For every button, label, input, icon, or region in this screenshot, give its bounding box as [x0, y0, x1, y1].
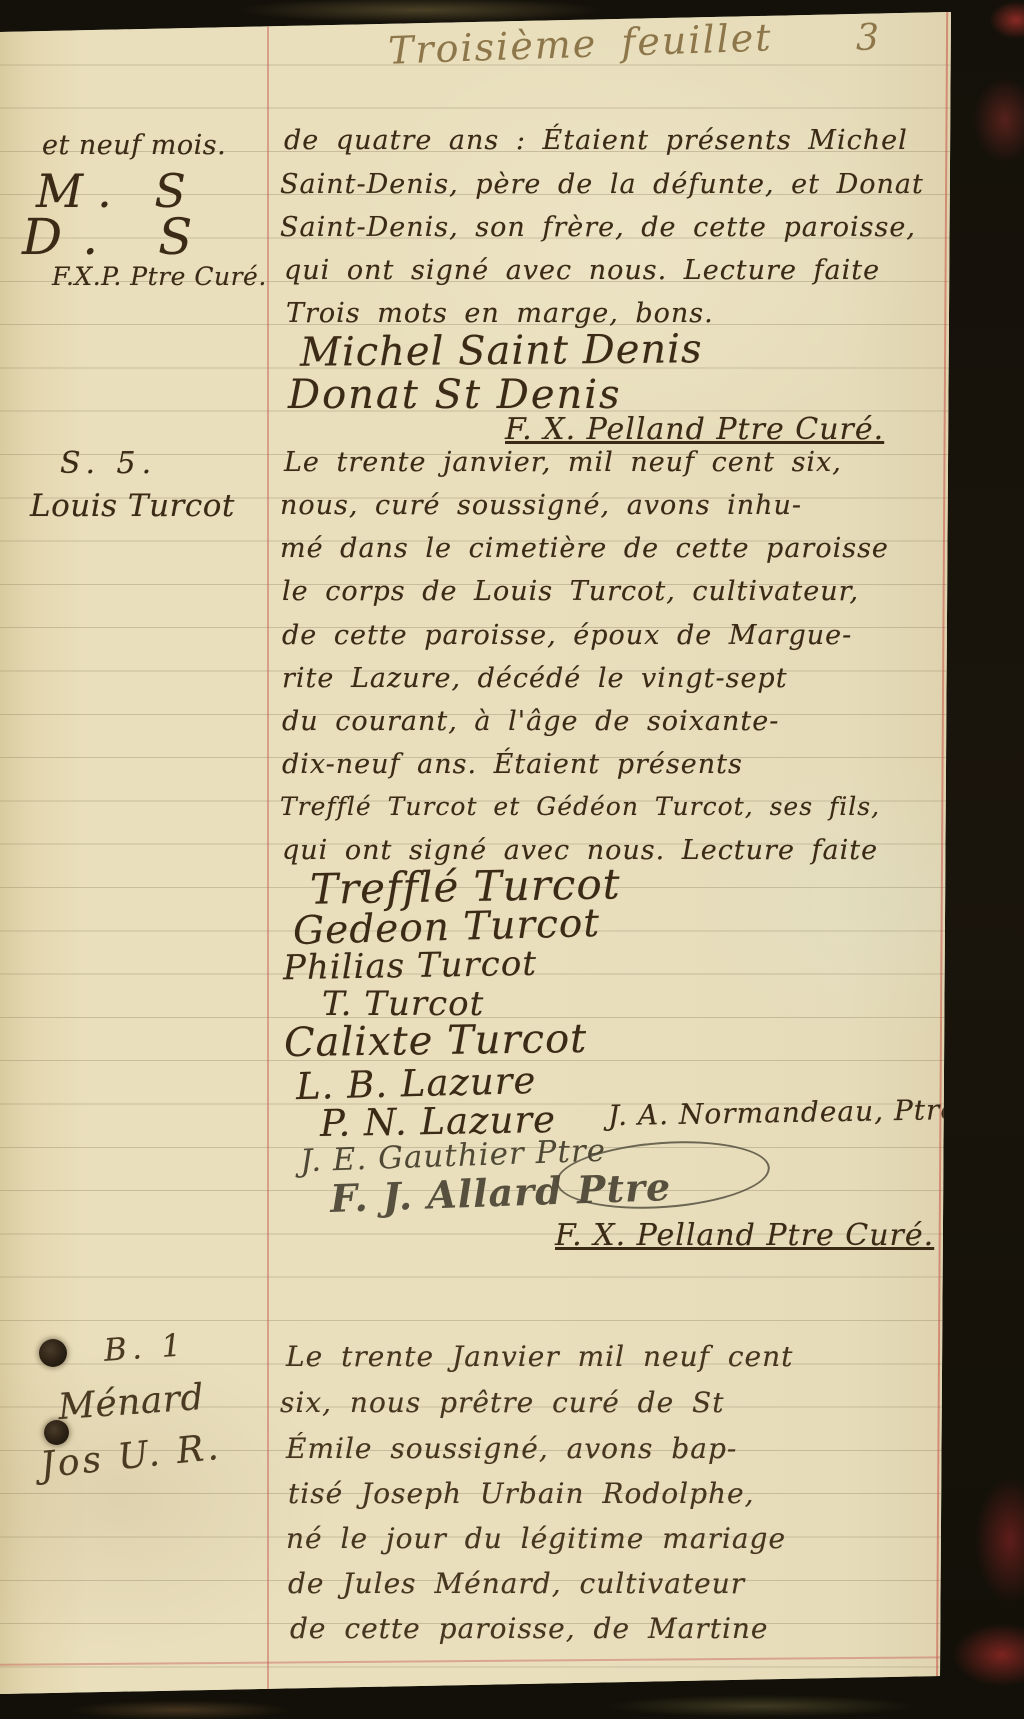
record2-line: dix-neuf ans. Étaient présents: [282, 749, 743, 780]
record2-signature-cure: F. X. Pelland Ptre Curé.: [555, 1218, 934, 1253]
page-header-title: Troisième feuillet: [387, 15, 773, 72]
register-page: Troisième feuillet 3 et neuf mois. M. S …: [0, 0, 956, 1719]
record1-line: de quatre ans : Étaient présents Michel: [284, 125, 908, 156]
record1-line: Trois mots en marge, bons.: [286, 298, 714, 329]
record2-line: Le trente janvier, mil neuf cent six,: [284, 447, 842, 478]
punch-hole: [39, 1339, 67, 1367]
record3-line: Le trente Janvier mil neuf cent: [286, 1340, 793, 1373]
record3-margin-name: Ménard: [57, 1377, 206, 1428]
record1-margin-initials-2: D. S: [22, 208, 214, 266]
record3-line: de cette paroisse, de Martine: [290, 1612, 769, 1645]
record1-line: Saint-Denis, père de la défunte, et Dona…: [280, 169, 924, 200]
record2-margin-act-number: S. 5.: [60, 446, 157, 481]
record3-margin-act-number: B. 1: [103, 1327, 188, 1369]
record1-margin-priest-initials: F.X.P. Ptre Curé.: [52, 262, 267, 291]
record3-line: six, nous prêtre curé de St: [280, 1386, 725, 1419]
record3-line: tisé Joseph Urbain Rodolphe,: [288, 1477, 755, 1510]
record2-line: de cette paroisse, époux de Margue-: [282, 620, 852, 651]
record2-signature-calixte-turcot: Calixte Turcot: [284, 1016, 588, 1066]
punch-hole: [44, 1420, 69, 1445]
record2-margin-name: Louis Turcot: [30, 488, 235, 524]
record1-signature-michel-saint-denis: Michel Saint Denis: [300, 326, 703, 376]
record2-line: Trefflé Turcot et Gédéon Turcot, ses fil…: [280, 792, 880, 821]
record2-line: rite Lazure, décédé le vingt-sept: [282, 663, 788, 694]
record2-line: du courant, à l'âge de soixante-: [282, 706, 779, 737]
record1-line: Saint-Denis, son frère, de cette paroiss…: [280, 212, 916, 243]
margin-rule-line: [267, 0, 269, 1719]
record3-line: Émile soussigné, avons bap-: [286, 1432, 737, 1465]
record2-line: nous, curé soussigné, avons inhu-: [280, 490, 802, 521]
scanned-register-page: Troisième feuillet 3 et neuf mois. M. S …: [0, 0, 1024, 1719]
record2-line: le corps de Louis Turcot, cultivateur,: [282, 576, 859, 607]
record3-line: de Jules Ménard, cultivateur: [288, 1567, 745, 1600]
record1-line: qui ont signé avec nous. Lecture faite: [284, 255, 880, 286]
record2-signature-philias-turcot: Philias Turcot: [283, 944, 538, 988]
record3-line: né le jour du légitime mariage: [286, 1522, 786, 1555]
record1-signature-cure: F. X. Pelland Ptre Curé.: [505, 412, 884, 447]
record1-margin-note-duration: et neuf mois.: [42, 130, 226, 161]
page-number: 3: [856, 18, 879, 59]
bottom-rule-line: [0, 1656, 948, 1665]
record2-signature-normandeau-ptre: J. A. Normandeau, Ptre.: [608, 1093, 968, 1132]
record2-line: mé dans le cimetière de cette paroisse: [280, 533, 889, 564]
